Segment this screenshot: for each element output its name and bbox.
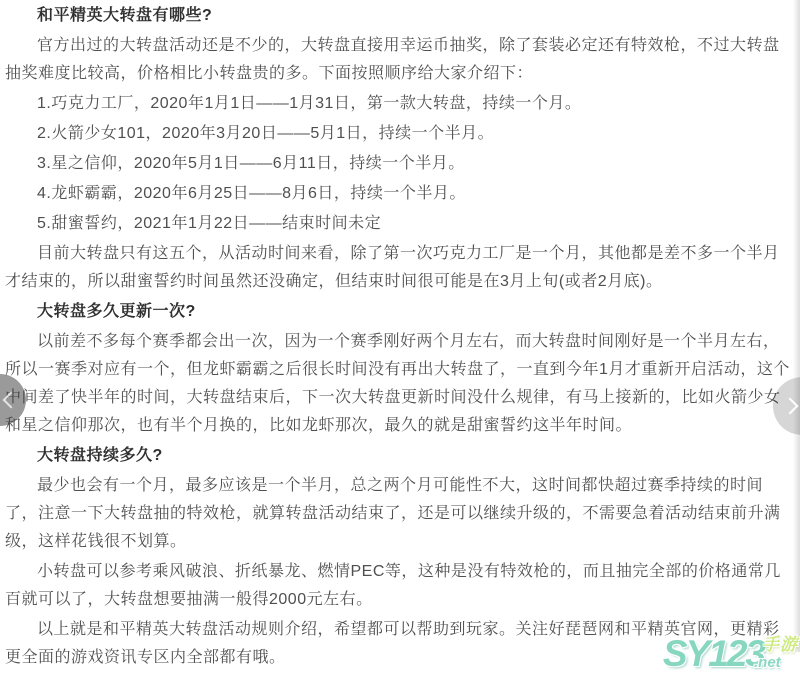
paragraph: 目前大转盘只有这五个，从活动时间来看，除了第一次巧克力工厂是一个月，其他都是差不… [5,240,794,296]
list-item: 1.巧克力工厂，2020年1月1日——1月31日，第一款大转盘，持续一个月。 [5,90,794,118]
section-heading: 大转盘持续多久? [5,442,794,470]
watermark-main-text: SY123 [663,635,764,672]
list-item: 5.甜蜜誓约，2021年1月22日——结束时间未定 [5,210,794,238]
list-item: 4.龙虾霸霸，2020年6月25日——8月6日，持续一个半月。 [5,180,794,208]
watermark-side: 手游 .net [762,635,798,670]
watermark-shouyou-text: 手游 [762,636,798,653]
section-heading: 和平精英大转盘有哪些? [5,2,794,30]
chevron-right-icon [782,398,799,415]
article-page: 和平精英大转盘有哪些? 官方出过的大转盘活动还是不少的，大转盘直接用幸运币抽奖，… [0,0,800,674]
article-content: 和平精英大转盘有哪些? 官方出过的大转盘活动还是不少的，大转盘直接用幸运币抽奖，… [0,0,800,674]
paragraph: 以前差不多每个赛季都会出一次，因为一个赛季刚好两个月左右，而大转盘时间刚好是一个… [5,328,794,440]
section-heading: 大转盘多久更新一次? [5,298,794,326]
chevron-left-icon [3,392,20,409]
sy123-watermark-logo: SY123 手游 .net [663,635,798,672]
watermark-net-text: .net [754,655,781,670]
paragraph: 小转盘可以参考乘风破浪、折纸暴龙、燃情PEC等，这种是没有特效枪的，而且抽完全部… [5,558,794,614]
paragraph: 官方出过的大转盘活动还是不少的，大转盘直接用幸运币抽奖，除了套装必定还有特效枪，… [5,32,794,88]
paragraph: 最少也会有一个月，最多应该是一个半月，总之两个月可能性不大，这时间都快超过赛季持… [5,472,794,556]
list-item: 3.星之信仰，2020年5月1日——6月11日，持续一个半月。 [5,150,794,178]
list-item: 2.火箭少女101，2020年3月20日——5月1日，持续一个半月。 [5,120,794,148]
